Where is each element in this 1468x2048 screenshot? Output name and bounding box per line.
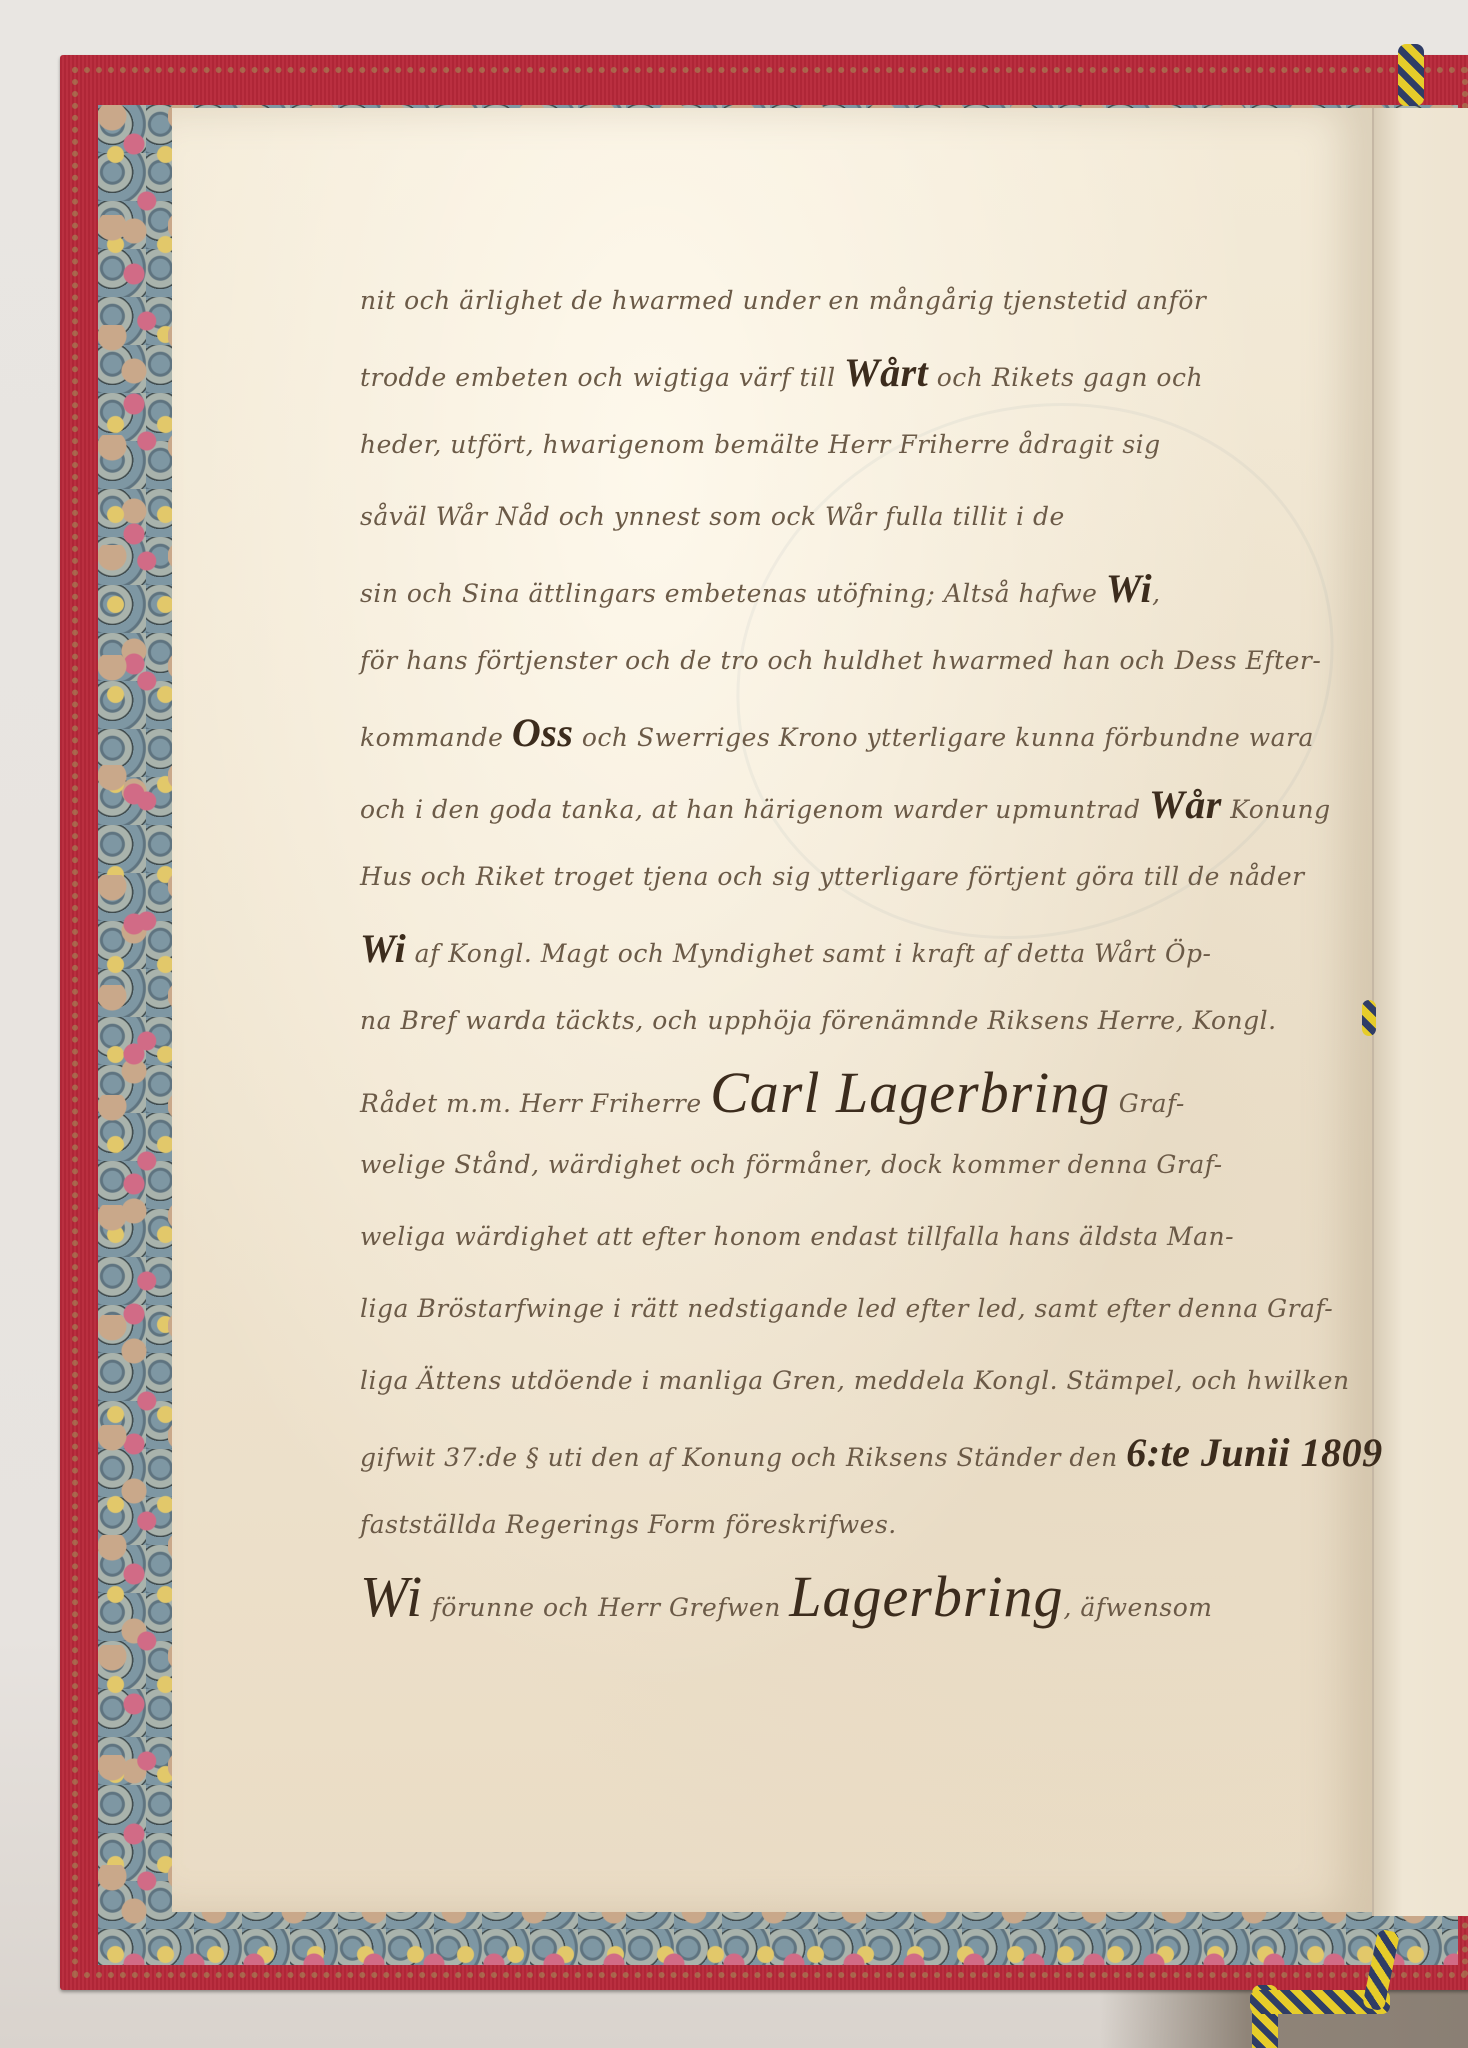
text-line-1: nit och ärlighet de hwarmed under en mån…: [360, 265, 1240, 337]
text-line-18: fastställda Regerings Form föreskrifwes.: [360, 1489, 1240, 1561]
text-line-7: kommande Oss och Swerriges Krono ytterli…: [360, 697, 1240, 769]
text-line-5: sin och Sina ättlingars embetenas utöfni…: [360, 553, 1240, 625]
emphasis-oss: Oss: [512, 710, 574, 755]
text-line-12: Rådet m.m. Herr Friherre Carl Lagerbring…: [360, 1057, 1240, 1129]
text-line-17: gifwit 37:de § uti den af Konung och Rik…: [360, 1417, 1240, 1489]
seal-cord-fold: [1362, 1000, 1376, 1036]
text-line-2: trodde embeten och wigtiga värf till Wår…: [360, 337, 1240, 409]
text-line-16: liga Ättens utdöende i manliga Gren, med…: [360, 1345, 1240, 1417]
text-line-14: weliga wärdighet att efter honom endast …: [360, 1201, 1240, 1273]
text-line-4: såväl Wår Nåd och ynnest som ock Wår ful…: [360, 481, 1240, 553]
facing-page-edge: [1372, 108, 1468, 1916]
text-line-8: och i den goda tanka, at han härigenom w…: [360, 769, 1240, 841]
seal-cord-top: [1398, 44, 1424, 106]
emphasis-wi: Wi: [1106, 566, 1152, 611]
date-1809: 6:te Junii 1809: [1126, 1430, 1382, 1475]
emphasis-war: Wår: [1149, 782, 1222, 827]
text-line-9: Hus och Riket troget tjena och sig ytter…: [360, 841, 1240, 913]
emphasis-wi-3: Wi: [360, 1564, 423, 1629]
manuscript-text: nit och ärlighet de hwarmed under en mån…: [360, 265, 1240, 1633]
text-line-10: Wi af Kongl. Magt och Myndighet samt i k…: [360, 913, 1240, 985]
name-lagerbring: Lagerbring: [789, 1564, 1063, 1629]
name-carl-lagerbring: Carl Lagerbring: [710, 1060, 1110, 1125]
text-line-3: heder, utfört, hwarigenom bemälte Herr F…: [360, 409, 1240, 481]
text-line-13: welige Stånd, wärdighet och förmåner, do…: [360, 1129, 1240, 1201]
emphasis-wart: Wårt: [844, 350, 928, 395]
emphasis-wi-2: Wi: [360, 926, 406, 971]
text-line-15: liga Bröstarfwinge i rätt nedstigande le…: [360, 1273, 1240, 1345]
text-line-6: för hans förtjenster och de tro och huld…: [360, 625, 1240, 697]
text-line-11: na Bref warda täckts, och upphöja förenä…: [360, 985, 1240, 1057]
text-line-19: Wi förunne och Herr Grefwen Lagerbring, …: [360, 1561, 1240, 1633]
